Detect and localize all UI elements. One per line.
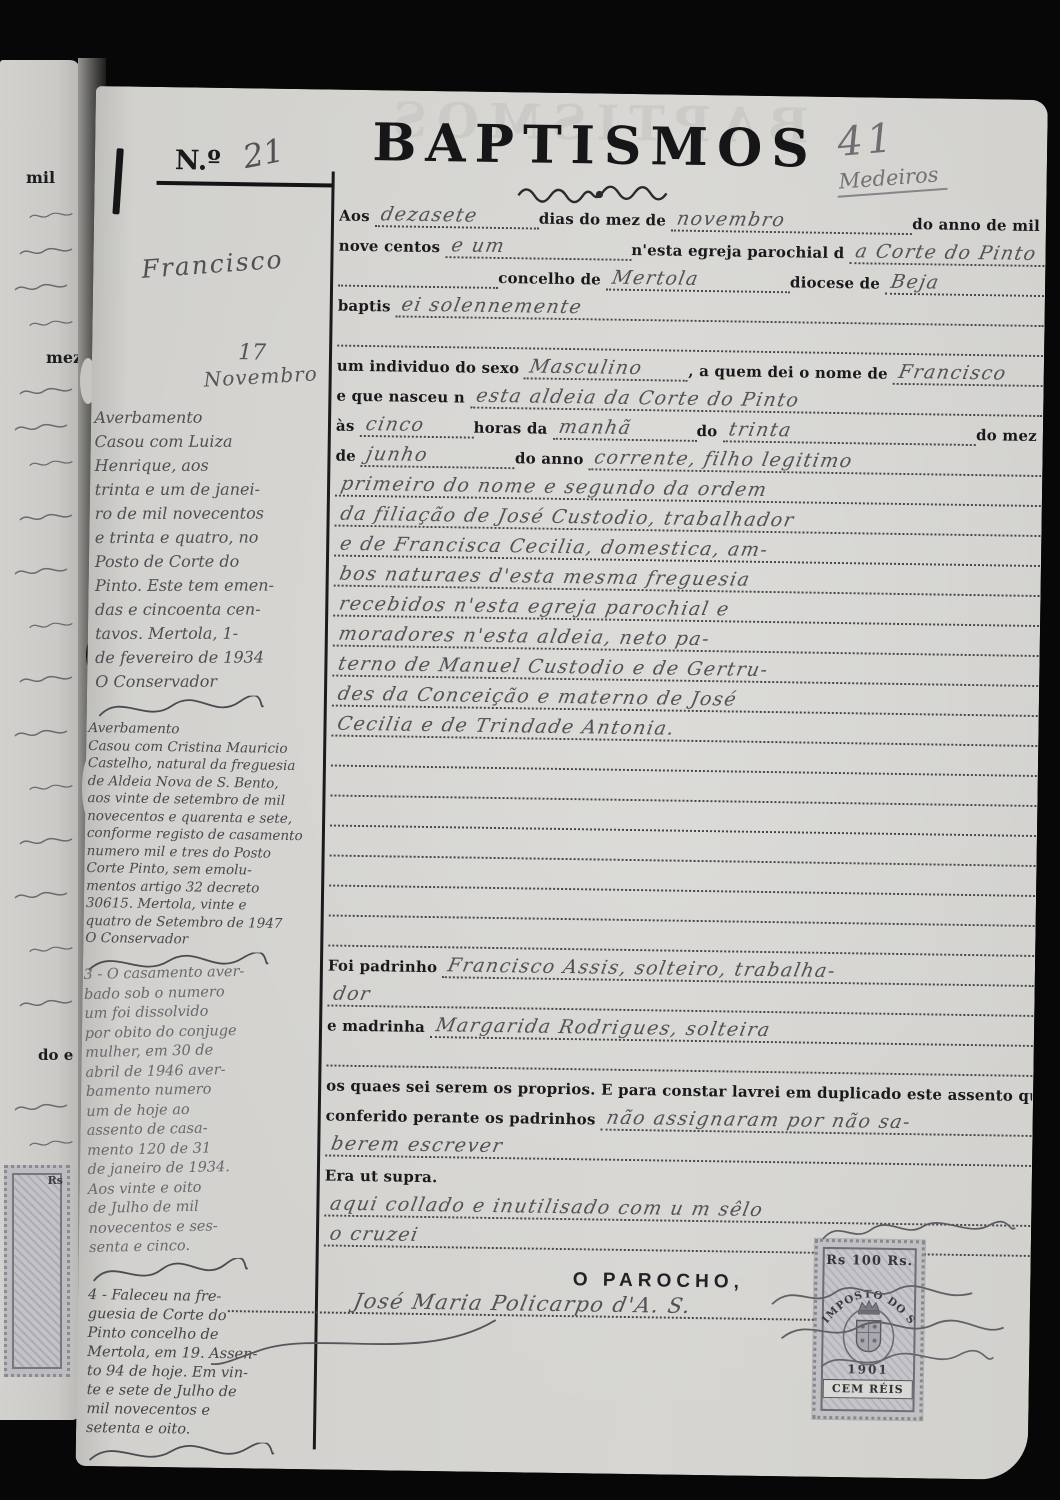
prev-page-scrawl	[8, 890, 74, 902]
prev-page-scrawl	[18, 512, 74, 524]
handwritten-entry: Masculino	[524, 355, 688, 381]
printed-text: diocese de	[790, 273, 885, 294]
prev-page-scrawl	[28, 944, 74, 956]
annotation-line: das e cincoenta cen-	[95, 597, 325, 622]
handwritten-text: terno de Manuel Custodio e de Gertru-	[336, 653, 770, 681]
handwritten-text: recebidos n'esta egreja parochial e	[337, 593, 732, 621]
handwritten-text: e um	[449, 234, 507, 257]
handwritten-entry: junho	[361, 443, 515, 469]
prev-stamp-pattern	[12, 1173, 62, 1369]
signature-scrawl	[86, 1440, 276, 1469]
handwritten-text: Margarida Rodrigues, solteira	[434, 1014, 773, 1041]
printed-text: Aos	[339, 207, 375, 228]
printed-text: de	[335, 447, 361, 467]
handwritten-text: a Corte do Pinto	[853, 240, 1038, 265]
prev-page-scrawl	[28, 318, 74, 330]
dotted-filler	[338, 261, 498, 289]
handwritten-text: junho	[365, 443, 431, 466]
annotation-line: de fevereiro de 1934	[95, 645, 325, 670]
annotation-block: 3 - O casamento aver-bado sob o numeroum…	[83, 961, 319, 1286]
prev-page-fragment: mez	[46, 348, 82, 367]
handwritten-text: não assignaram por não sa-	[604, 1107, 913, 1133]
handwritten-text: esta aldeia da Corte do Pinto	[474, 385, 801, 412]
handwritten-text: ei solennemente	[400, 294, 585, 319]
printed-text: baptis	[338, 297, 396, 318]
annotation-line: O Conservador	[95, 669, 325, 694]
handwritten-entry: e um	[445, 234, 631, 261]
prev-page-scrawl	[8, 422, 74, 434]
scanned-baptism-register: { "header": { "title": "BAPTISMOS", "rec…	[0, 0, 1060, 1500]
printed-text: e que nasceu n	[336, 387, 470, 409]
prev-page-edge: mil mez do e	[0, 60, 80, 1420]
annotation-line: Averbamento	[95, 405, 325, 430]
prev-page-scrawl	[8, 1102, 74, 1114]
prev-page-scrawl	[18, 246, 74, 258]
printed-text: n'esta egreja parochial d	[631, 241, 849, 264]
annotation-line: senta e cinco.	[89, 1234, 319, 1258]
form-body: Aosdezasetedias do mez denovembrodo anno…	[324, 197, 1045, 1257]
record-number-label: N.º	[175, 145, 221, 177]
handwritten-text: des da Conceição e materno de José	[336, 683, 739, 711]
record-number-value: 21	[240, 131, 287, 176]
handwritten-text: Francisco Assis, solteiro, trabalha-	[446, 954, 838, 982]
signature-scrawl	[89, 1257, 249, 1286]
record-number-rule	[157, 181, 335, 188]
prev-page-scrawl	[18, 674, 74, 686]
handwritten-text: berem escrever	[329, 1133, 505, 1157]
prev-stamp-fragment: Rs	[4, 1165, 70, 1377]
annotation-line: O Conservador	[85, 930, 319, 951]
prev-page-scrawl	[18, 836, 74, 848]
prev-page-scrawl	[28, 620, 74, 632]
handwritten-text: Mertola	[610, 267, 701, 290]
prev-page-fragment: mil	[26, 168, 55, 187]
printed-text: , a quem dei o nome de	[688, 362, 893, 385]
handwritten-entry: Francisco	[893, 361, 1043, 387]
handwritten-text: Cecilia e de Trindade Antonia.	[335, 713, 677, 740]
prev-page-scrawl	[8, 728, 74, 740]
handwritten-entry: novembro	[671, 208, 913, 236]
prev-page-scrawl	[8, 566, 74, 578]
prev-page-scrawl	[28, 458, 74, 470]
printed-text: do anno de mil	[912, 215, 1045, 237]
handwritten-entry: Mertola	[606, 267, 790, 294]
margin-child-name: Francisco	[141, 245, 285, 284]
annotation-block: AverbamentoCasou com LuizaHenrique, aost…	[95, 405, 326, 722]
printed-text: às	[336, 417, 360, 437]
handwritten-text: novembro	[675, 208, 788, 232]
annotation-line: tavos. Mertola, 1-	[95, 621, 325, 646]
handwritten-entry: cinco	[359, 413, 473, 439]
handwritten-text: da filiação de José Custodio, trabalhado…	[339, 503, 797, 532]
printed-text: Foi padrinho	[328, 957, 443, 979]
printed-text: concelho de	[498, 269, 606, 291]
printed-text: Era ut supra.	[325, 1167, 443, 1189]
printed-text: nove centos	[338, 237, 445, 259]
annotation-line: Casou com Luiza	[95, 429, 325, 454]
prev-page-scrawl	[8, 282, 74, 294]
printed-text: e madrinha	[327, 1017, 430, 1039]
annotation-line: Henrique, aos	[95, 453, 325, 478]
handwritten-text: e de Francisca Cecilia, domestica, am-	[338, 533, 770, 561]
handwritten-text: trinta	[726, 418, 793, 441]
handwritten-text: aqui collado e inutilisado com u m sêlo	[328, 1193, 765, 1221]
handwritten-text: corrente, filho legitimo	[593, 446, 856, 472]
annotation-line: trinta e um de janei-	[95, 477, 325, 502]
prev-page-scrawl	[28, 210, 74, 222]
prev-page-fragment: do e	[38, 1046, 73, 1064]
handwritten-text: Beja	[889, 271, 942, 294]
handwritten-text: moradores n'esta aldeia, neto pa-	[337, 623, 713, 650]
prev-page-scrawl	[28, 782, 74, 794]
printed-text: um individuo do sexo	[337, 357, 525, 380]
annotation-line: Pinto. Este tem emen-	[95, 573, 325, 598]
annotation-line: e trinta e quatro, no	[95, 525, 325, 550]
prev-page-scrawl	[18, 386, 74, 398]
handwritten-entry: trinta	[722, 418, 976, 446]
printed-text: do mez	[976, 426, 1042, 447]
handwritten-entry: Beja	[885, 271, 1044, 297]
handwritten-text: manhã	[556, 416, 633, 439]
page-title: BAPTISMOS	[285, 111, 906, 181]
printed-text: horas da	[473, 419, 552, 440]
printed-text: conferido perante os padrinhos	[326, 1107, 601, 1131]
handwritten-entry: a Corte do Pinto	[849, 240, 1045, 267]
illegible-scrawl	[817, 1345, 997, 1378]
handwritten-text: bos naturaes d'esta mesma freguesia	[338, 563, 753, 591]
register-page: BAPTISMOS BAPTISMOS 41 Medeiros N.º 21 F…	[76, 86, 1048, 1480]
printed-text: do	[696, 422, 722, 442]
printed-text: dias do mez de	[539, 210, 672, 232]
handwritten-text: o cruzei	[328, 1223, 421, 1246]
margin-day: 17	[238, 340, 266, 365]
margin-month: Novembro	[203, 361, 318, 391]
annotation-line: ro de mil novecentos	[95, 501, 325, 526]
handwritten-text: dezasete	[379, 203, 480, 226]
illegible-scrawl	[819, 1217, 1019, 1250]
ink-mark	[112, 148, 123, 214]
handwritten-text: Masculino	[528, 356, 645, 380]
corner-note-number: 41	[835, 115, 898, 166]
handwritten-entry: dezasete	[375, 203, 539, 229]
illegible-scrawl	[777, 1310, 1008, 1349]
stamp-denomination: CEM RÉIS	[823, 1379, 913, 1399]
annotation-block: AverbamentoCasou com Cristina MauricioCa…	[85, 720, 323, 979]
handwritten-entry: manhã	[552, 416, 696, 442]
printed-text: do anno	[515, 449, 589, 470]
prev-page-scrawl	[18, 998, 74, 1010]
signature-flourish	[205, 1310, 506, 1374]
handwritten-text: Francisco	[897, 361, 1009, 385]
annotation-line: Posto de Corte do	[95, 549, 325, 574]
prev-stamp-value: Rs	[48, 1174, 63, 1187]
annotation-line: setenta e oito.	[86, 1419, 314, 1441]
signature-scrawl	[95, 696, 265, 722]
prev-page-scrawl	[28, 1138, 74, 1150]
handwritten-text: dor	[331, 983, 372, 1005]
handwritten-text: primeiro do nome e segundo da ordem	[339, 473, 770, 501]
handwritten-text: cinco	[363, 413, 426, 436]
